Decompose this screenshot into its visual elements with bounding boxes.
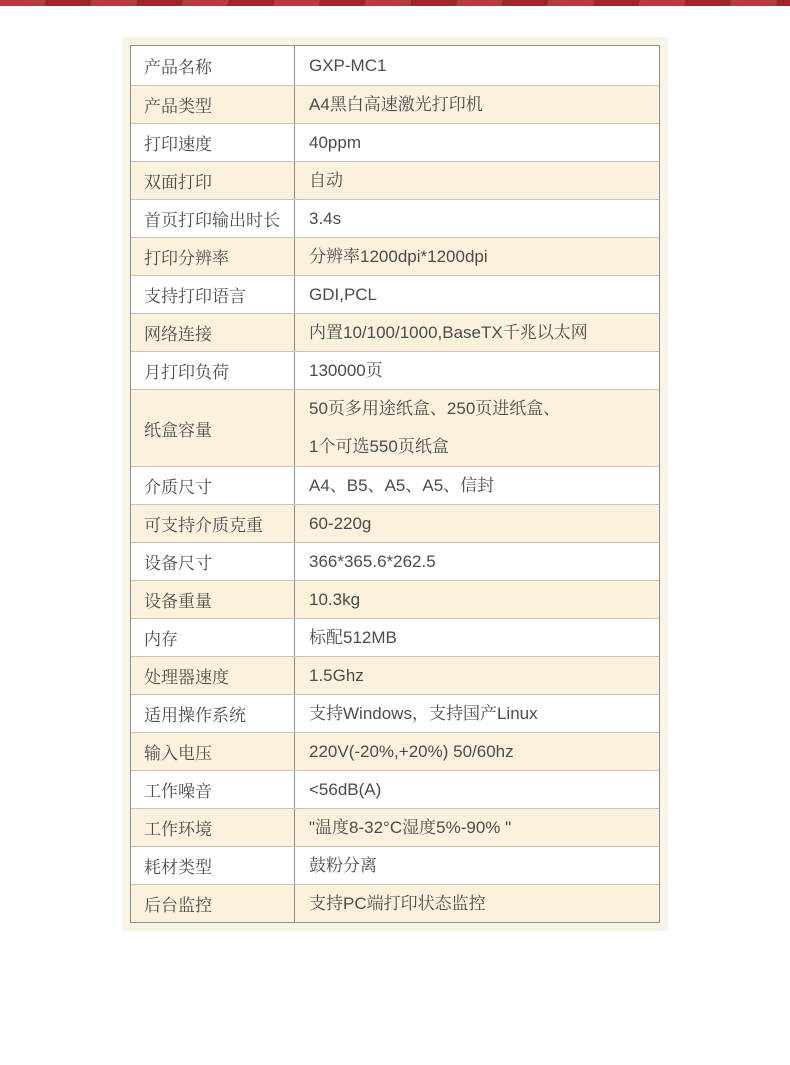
spec-value: "温度8-32°C湿度5%-90% " [295, 809, 659, 846]
spec-panel: 产品名称 GXP-MC1 产品类型 A4黑白高速激光打印机 打印速度 40ppm… [122, 37, 668, 931]
table-row: 工作噪音 <56dB(A) [131, 770, 659, 808]
spec-value: 10.3kg [295, 581, 659, 618]
spec-label: 可支持介质克重 [131, 505, 295, 542]
table-row: 设备重量 10.3kg [131, 580, 659, 618]
table-row: 耗材类型 鼓粉分离 [131, 846, 659, 884]
spec-value: 分辨率1200dpi*1200dpi [295, 238, 659, 275]
table-row: 月打印负荷 130000页 [131, 351, 659, 389]
table-row: 适用操作系统 支持Windows，支持国产Linux [131, 694, 659, 732]
spec-label: 输入电压 [131, 733, 295, 770]
spec-value: 1.5Ghz [295, 657, 659, 694]
table-row: 产品类型 A4黑白高速激光打印机 [131, 85, 659, 123]
spec-label: 工作环境 [131, 809, 295, 846]
spec-label: 双面打印 [131, 162, 295, 199]
spec-value: 3.4s [295, 200, 659, 237]
spec-value: 支持Windows，支持国产Linux [295, 695, 659, 732]
spec-label: 纸盒容量 [131, 390, 295, 466]
table-row: 设备尺寸 366*365.6*262.5 [131, 542, 659, 580]
spec-value: 内置10/100/1000,BaseTX千兆以太网 [295, 314, 659, 351]
spec-label: 耗材类型 [131, 847, 295, 884]
spec-value: A4、B5、A5、A5、信封 [295, 467, 659, 504]
table-row: 可支持介质克重 60-220g [131, 504, 659, 542]
spec-label: 内存 [131, 619, 295, 656]
table-row: 支持打印语言 GDI,PCL [131, 275, 659, 313]
spec-value: 130000页 [295, 352, 659, 389]
spec-value: <56dB(A) [295, 771, 659, 808]
spec-label: 工作噪音 [131, 771, 295, 808]
spec-label: 月打印负荷 [131, 352, 295, 389]
spec-label: 产品名称 [131, 46, 295, 85]
spec-label: 打印速度 [131, 124, 295, 161]
spec-value: GDI,PCL [295, 276, 659, 313]
table-row: 处理器速度 1.5Ghz [131, 656, 659, 694]
spec-value: 60-220g [295, 505, 659, 542]
spec-label: 后台监控 [131, 885, 295, 922]
spec-value: 50页多用途纸盒、250页进纸盒、 1个可选550页纸盒 [295, 390, 659, 466]
spec-label: 设备重量 [131, 581, 295, 618]
spec-value: 支持PC端打印状态监控 [295, 885, 659, 922]
table-row: 打印速度 40ppm [131, 123, 659, 161]
spec-value: 标配512MB [295, 619, 659, 656]
spec-label: 产品类型 [131, 86, 295, 123]
spec-label: 适用操作系统 [131, 695, 295, 732]
table-row: 网络连接 内置10/100/1000,BaseTX千兆以太网 [131, 313, 659, 351]
product-spec-table: 产品名称 GXP-MC1 产品类型 A4黑白高速激光打印机 打印速度 40ppm… [130, 45, 660, 923]
table-row: 内存 标配512MB [131, 618, 659, 656]
spec-value: 40ppm [295, 124, 659, 161]
table-row: 打印分辨率 分辨率1200dpi*1200dpi [131, 237, 659, 275]
table-row: 输入电压 220V(-20%,+20%) 50/60hz [131, 732, 659, 770]
spec-label: 首页打印输出时长 [131, 200, 295, 237]
spec-value: A4黑白高速激光打印机 [295, 86, 659, 123]
spec-value: 自动 [295, 162, 659, 199]
spec-label: 处理器速度 [131, 657, 295, 694]
spec-label: 打印分辨率 [131, 238, 295, 275]
top-red-banner [0, 0, 790, 6]
spec-value: 366*365.6*262.5 [295, 543, 659, 580]
table-row: 后台监控 支持PC端打印状态监控 [131, 884, 659, 922]
spec-value: GXP-MC1 [295, 46, 659, 85]
spec-value: 220V(-20%,+20%) 50/60hz [295, 733, 659, 770]
spec-value: 鼓粉分离 [295, 847, 659, 884]
table-row: 介质尺寸 A4、B5、A5、A5、信封 [131, 466, 659, 504]
spec-label: 设备尺寸 [131, 543, 295, 580]
spec-label: 介质尺寸 [131, 467, 295, 504]
table-row: 首页打印输出时长 3.4s [131, 199, 659, 237]
table-row: 双面打印 自动 [131, 161, 659, 199]
spec-label: 网络连接 [131, 314, 295, 351]
spec-label: 支持打印语言 [131, 276, 295, 313]
table-row: 工作环境 "温度8-32°C湿度5%-90% " [131, 808, 659, 846]
table-row: 纸盒容量 50页多用途纸盒、250页进纸盒、 1个可选550页纸盒 [131, 389, 659, 466]
table-row: 产品名称 GXP-MC1 [131, 46, 659, 85]
